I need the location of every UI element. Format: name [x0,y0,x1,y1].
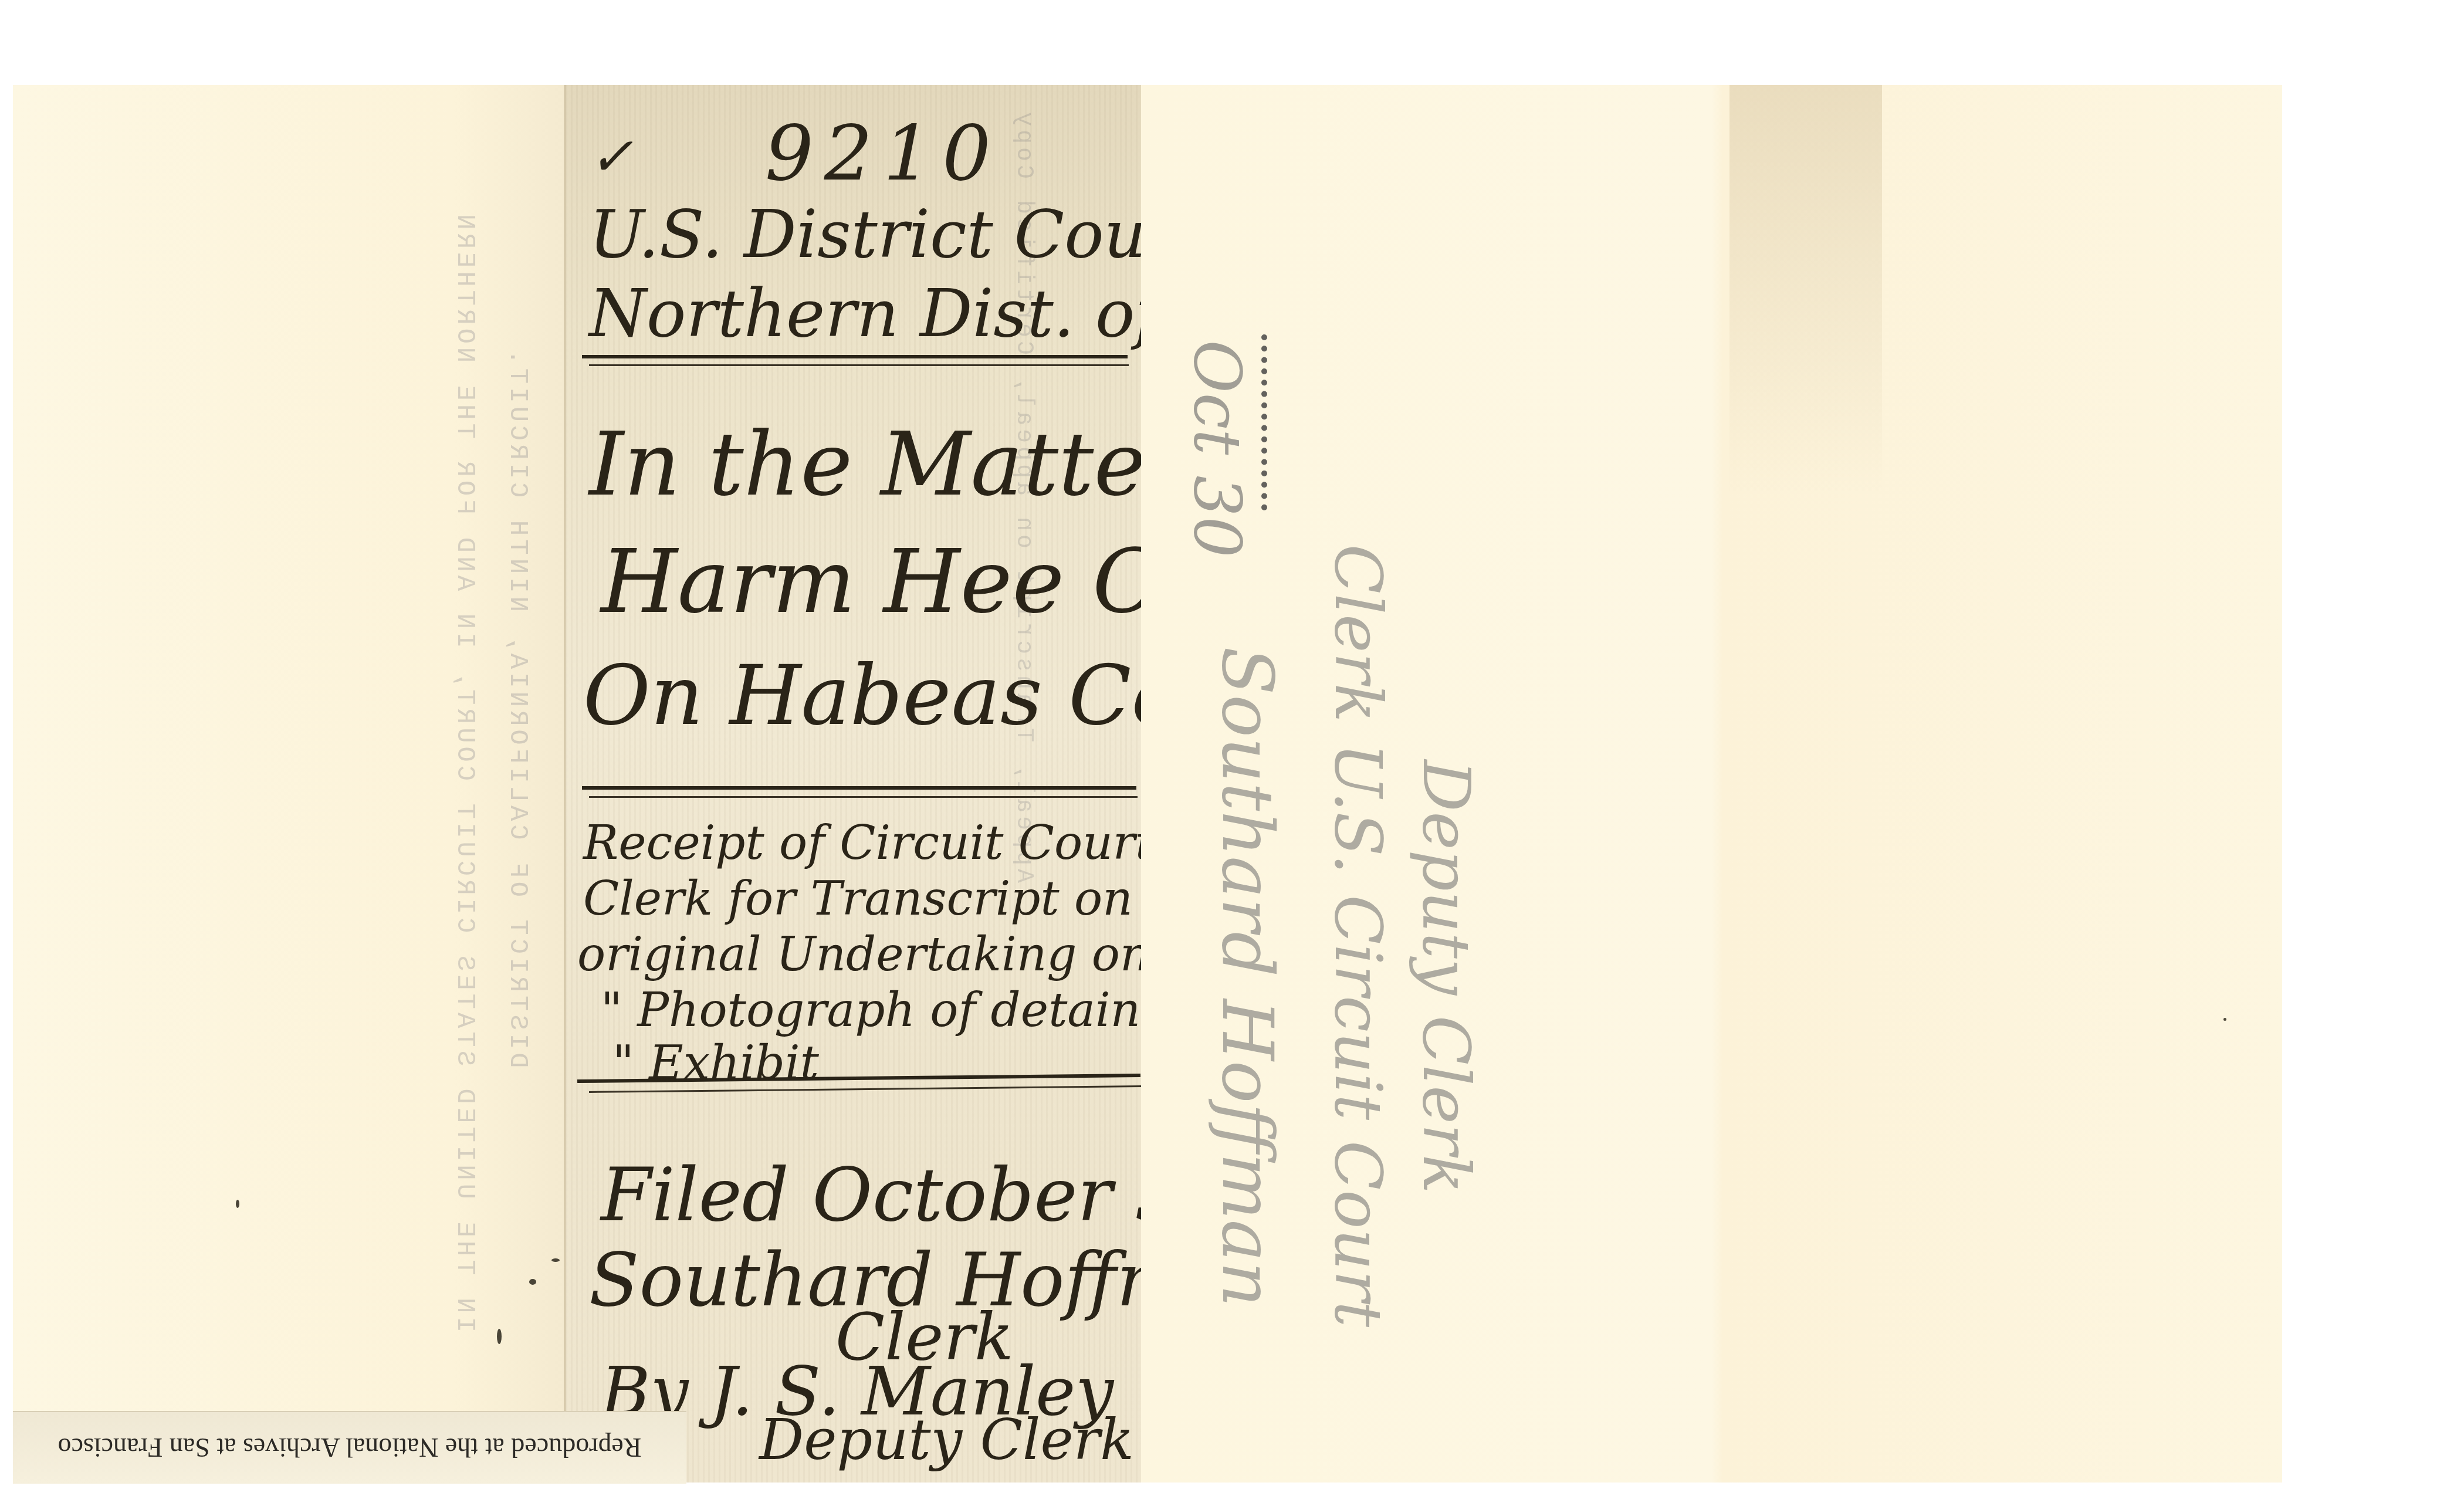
description-line: Receipt of Circuit Court [583,815,1154,870]
court-name: U.S. District Court [589,197,1204,273]
fold-shadow [1729,85,1882,496]
ink-speck [2223,1018,2226,1021]
case-number: 9210 [765,109,1001,198]
stamp-signature: Clerk U.S. Circuit Court [1321,544,1396,1327]
deputy-title: Deputy Clerk [759,1408,1134,1473]
docket-strip: Appeal, Transcript on appeal, Certified … [564,85,1144,1483]
divider-line [589,364,1129,366]
ink-speck [236,1200,239,1208]
divider-line [582,786,1136,790]
divider-line [582,355,1128,358]
right-panel: Oct 30 Southard Hoffman Clerk U.S. Circu… [1141,85,2282,1483]
archive-label: Reproduced at the National Archives at S… [13,1411,686,1484]
ink-speck [529,1279,536,1285]
ink-speck [551,1258,560,1262]
ink-speck [497,1329,502,1344]
dashed-mark [1261,334,1273,510]
document-page: IN THE UNITED STATES CIRCUIT COURT, IN A… [13,85,2282,1483]
bleed-through-text: IN THE UNITED STATES CIRCUIT COURT, IN A… [450,211,479,1332]
archive-label-text: Reproduced at the National Archives at S… [13,1412,686,1484]
bleed-through-text: DISTRICT OF CALIFORNIA, NINTH CIRCUIT. [503,346,532,1068]
stamp-signature: Deputy Clerk [1409,760,1484,1194]
stamp-signature: Southard Hoffman [1206,647,1288,1307]
check-mark: ✓ [589,126,633,188]
stamp-date: Oct 30 [1180,340,1255,558]
divider-line [589,796,1138,798]
left-panel: IN THE UNITED STATES CIRCUIT COURT, IN A… [13,85,564,1483]
